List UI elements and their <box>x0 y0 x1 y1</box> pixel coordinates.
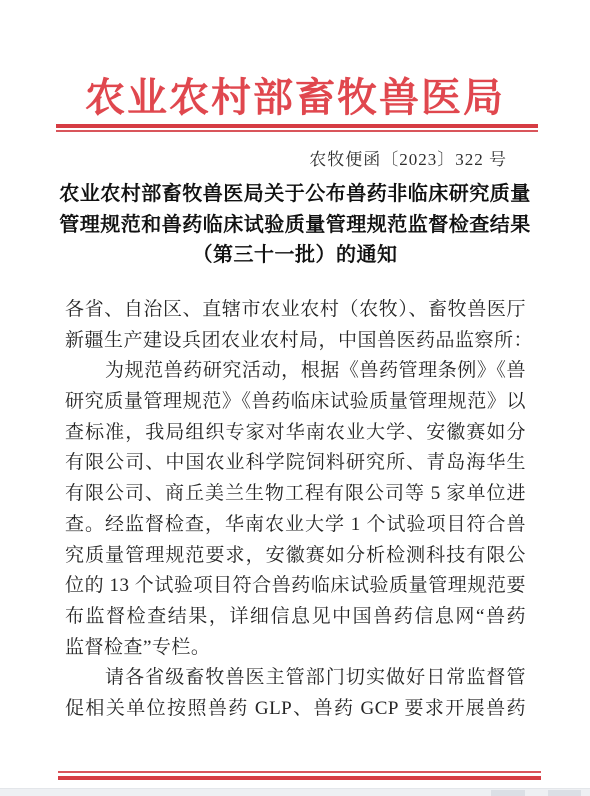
viewer-button-placeholder[interactable] <box>491 790 525 796</box>
document-page: 农业农村部畜牧兽医局 农牧便函〔2023〕322 号 农业农村部畜牧兽医局关于公… <box>0 0 590 796</box>
body-line: 有限公司、中国农业科学院饲料研究所、青岛海华生物集团股份 <box>65 448 526 479</box>
body-line: 新疆生产建设兵团农业农村局，中国兽医药品监察所： <box>65 326 526 357</box>
body-line: 究质量管理规范要求，安徽赛如分析检测科技有限公司等 4 家单 <box>65 541 526 572</box>
body-line: 位的 13 个试验项目符合兽药临床试验质量管理规范要求。现公 <box>65 571 526 602</box>
body-line: 监督检查”专栏。 <box>65 633 526 664</box>
body-line: 请各省级畜牧兽医主管部门切实做好日常监督管理工作，督 <box>65 663 526 694</box>
body-line: 为规范兽药研究活动，根据《兽药管理条例》《兽药非临床 <box>65 356 526 387</box>
document-title: 农业农村部畜牧兽医局关于公布兽药非临床研究质量 管理规范和兽药临床试验质量管理规… <box>55 179 535 271</box>
viewer-bottom-chrome <box>0 788 590 796</box>
body-line: 有限公司、商丘美兰生物工程有限公司等 5 家单位进行了监督检 <box>65 479 526 510</box>
separator-thick-line <box>58 776 541 781</box>
body-line: 各省、自治区、直辖市农业农村（农牧）、畜牧兽医厅（局、委）， <box>65 295 526 326</box>
separator-thin-line <box>56 130 538 132</box>
document-title-line-2: 管理规范和兽药临床试验质量管理规范监督检查结果 <box>55 210 535 241</box>
viewer-button-placeholder[interactable] <box>548 790 581 796</box>
body-line: 查。经监督检查，华南农业大学 1 个试验项目符合兽药非临床研 <box>65 510 526 541</box>
body-line: 促相关单位按照兽药 GLP、兽药 GCP 要求开展兽药研究活动。 <box>65 694 526 725</box>
letterhead-separator-rule <box>56 124 538 132</box>
body-line: 查标准，我局组织专家对华南农业大学、安徽赛如分析检测科技 <box>65 418 526 449</box>
document-reference-number: 农牧便函〔2023〕322 号 <box>309 145 507 170</box>
document-title-line-3: （第三十一批）的通知 <box>55 240 535 271</box>
body-line: 布监督检查结果，详细信息见中国兽药信息网“兽药 GLP\GCP <box>65 602 526 633</box>
document-title-line-1: 农业农村部畜牧兽医局关于公布兽药非临床研究质量 <box>55 179 535 210</box>
footer-separator-rule <box>58 771 541 780</box>
body-line: 研究质量管理规范》《兽药临床试验质量管理规范》以及监督检 <box>65 387 526 418</box>
document-body: 各省、自治区、直辖市农业农村（农牧）、畜牧兽医厅（局、委）， 新疆生产建设兵团农… <box>65 295 526 725</box>
letterhead-agency-title: 农业农村部畜牧兽医局 <box>0 66 590 123</box>
